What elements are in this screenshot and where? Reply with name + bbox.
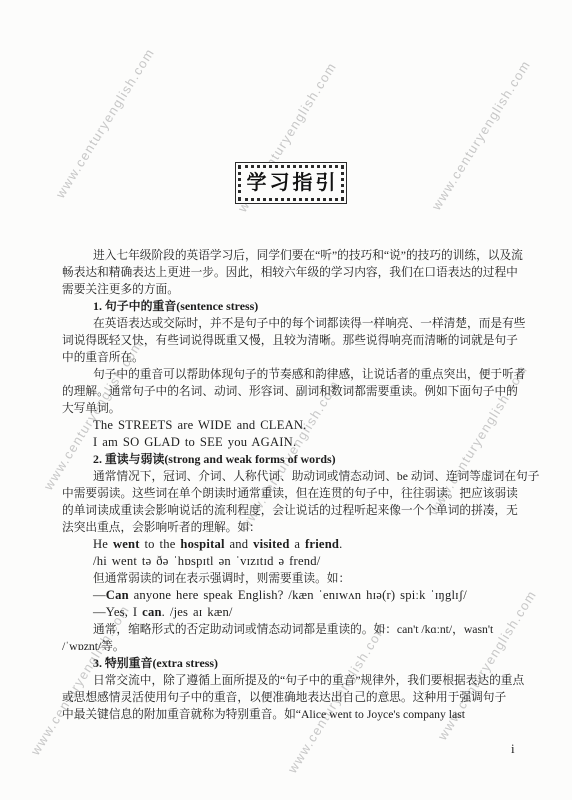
paragraph-line: 大写单词。 [62,400,524,417]
paragraph-line: 但通常弱读的词在表示强调时，则需要重读。如： [62,570,524,587]
stressed-word: visited [253,537,289,551]
text-segment: . [339,537,342,551]
text-segment: to the [140,537,181,551]
title-box: 学习指引 [235,162,347,204]
paragraph-line: 畅表达和精确表达上更进一步。因此，相较六年级的学习内容，我们在口语表达的过程中 [62,264,524,281]
paragraph-line: 或思想感情灵活使用句子中的重音，以便准确地表达出自己的意思。这种用于强调句子 [62,689,524,706]
paragraph-line: 词说得既轻又快，有些词说得既重又慢，且较为清晰。那些说得响亮而清晰的词就是句子 [62,332,524,349]
text-segment: a [290,537,306,551]
dialog-line: —Can anyone here speak English? /kæn ˈen… [62,587,524,604]
paragraph-line: 在英语表达或交际时，并不是句子中的每个词都读得一样响亮、一样清楚，而是有些 [62,315,524,332]
stressed-word: Can [106,588,129,602]
page-title: 学习指引 [244,173,339,193]
text-segment: —Yes, I [93,605,142,619]
text-segment: — [93,588,106,602]
paragraph-line: 中最关键信息的附加重音就称为特别重音。如“Alice went to Joyce… [62,706,524,723]
paragraph-line: 法突出重点，会影响听者的理解。如： [62,519,524,536]
section-heading-3: 3. 特别重音(extra stress) [62,655,524,672]
section-heading-1: 1. 句子中的重音(sentence stress) [62,298,524,315]
paragraph-line: 中需要弱读。这些词在单个朗读时通常重读，但在连贯的句子中，往往弱读。把应该弱读 [62,485,524,502]
paragraph-line: 日常交流中，除了遵循上面所提及的“句子中的重音”规律外，我们要根据表达的重点 [62,672,524,689]
stressed-word: friend [305,537,339,551]
example-sentence: He went to the hospital and visited a fr… [62,536,524,553]
paragraph-line: 的理解。通常句子中的名词、动词、形容词、副词和数词都需要重读。例如下面句子中的 [62,383,524,400]
paragraph-line: 进入七年级阶段的英语学习后，同学们要在“听”的技巧和“说”的技巧的训练，以及流 [62,247,524,264]
phonetic-line: /hi went tə ðə ˈhɒspɪtl ən ˈvɪzɪtɪd ə fr… [62,553,524,570]
paragraph-line: /ˈwɒznt/等。 [62,638,524,655]
paragraph-line: 的单词读成重读会影响说话的流利程度，会让说话的过程听起来像一个个单词的拼凑，无 [62,502,524,519]
body-text: 进入七年级阶段的英语学习后，同学们要在“听”的技巧和“说”的技巧的训练，以及流 … [62,247,524,723]
stressed-word: went [113,537,140,551]
example-sentence: I am SO GLAD to SEE you AGAIN. [62,434,524,451]
watermark-text: www.centuryenglish.com [53,45,158,200]
watermark-text: www.centuryenglish.com [429,57,534,212]
paragraph-line: 通常情况下，冠词、介词、人称代词、助动词或情态动词、be 动词、连词等虚词在句子 [62,468,524,485]
paragraph-line: 中的重音所在。 [62,349,524,366]
paragraph-line: 通常，缩略形式的否定助动词或情态动词都是重读的。如：can't /kɑːnt/，… [62,621,524,638]
section-heading-2: 2. 重读与弱读(strong and weak forms of words) [62,451,524,468]
paragraph-line: 句子中的重音可以帮助体现句子的节奏感和韵律感，让说话者的重点突出，便于听者 [62,366,524,383]
text-segment: anyone here speak English? /kæn ˈenɪwʌn … [129,588,467,602]
paragraph-line: 需要关注更多的方面。 [62,281,524,298]
text-segment: He [93,537,113,551]
text-segment: . /jes aɪ kæn/ [162,605,233,619]
dialog-line: —Yes, I can. /jes aɪ kæn/ [62,604,524,621]
stressed-word: hospital [180,537,224,551]
stressed-word: can [142,605,162,619]
text-segment: and [225,537,253,551]
example-sentence: The STREETS are WIDE and CLEAN. [62,417,524,434]
document-page: www.centuryenglish.com www.centuryenglis… [0,0,572,800]
page-number: i [511,741,515,757]
